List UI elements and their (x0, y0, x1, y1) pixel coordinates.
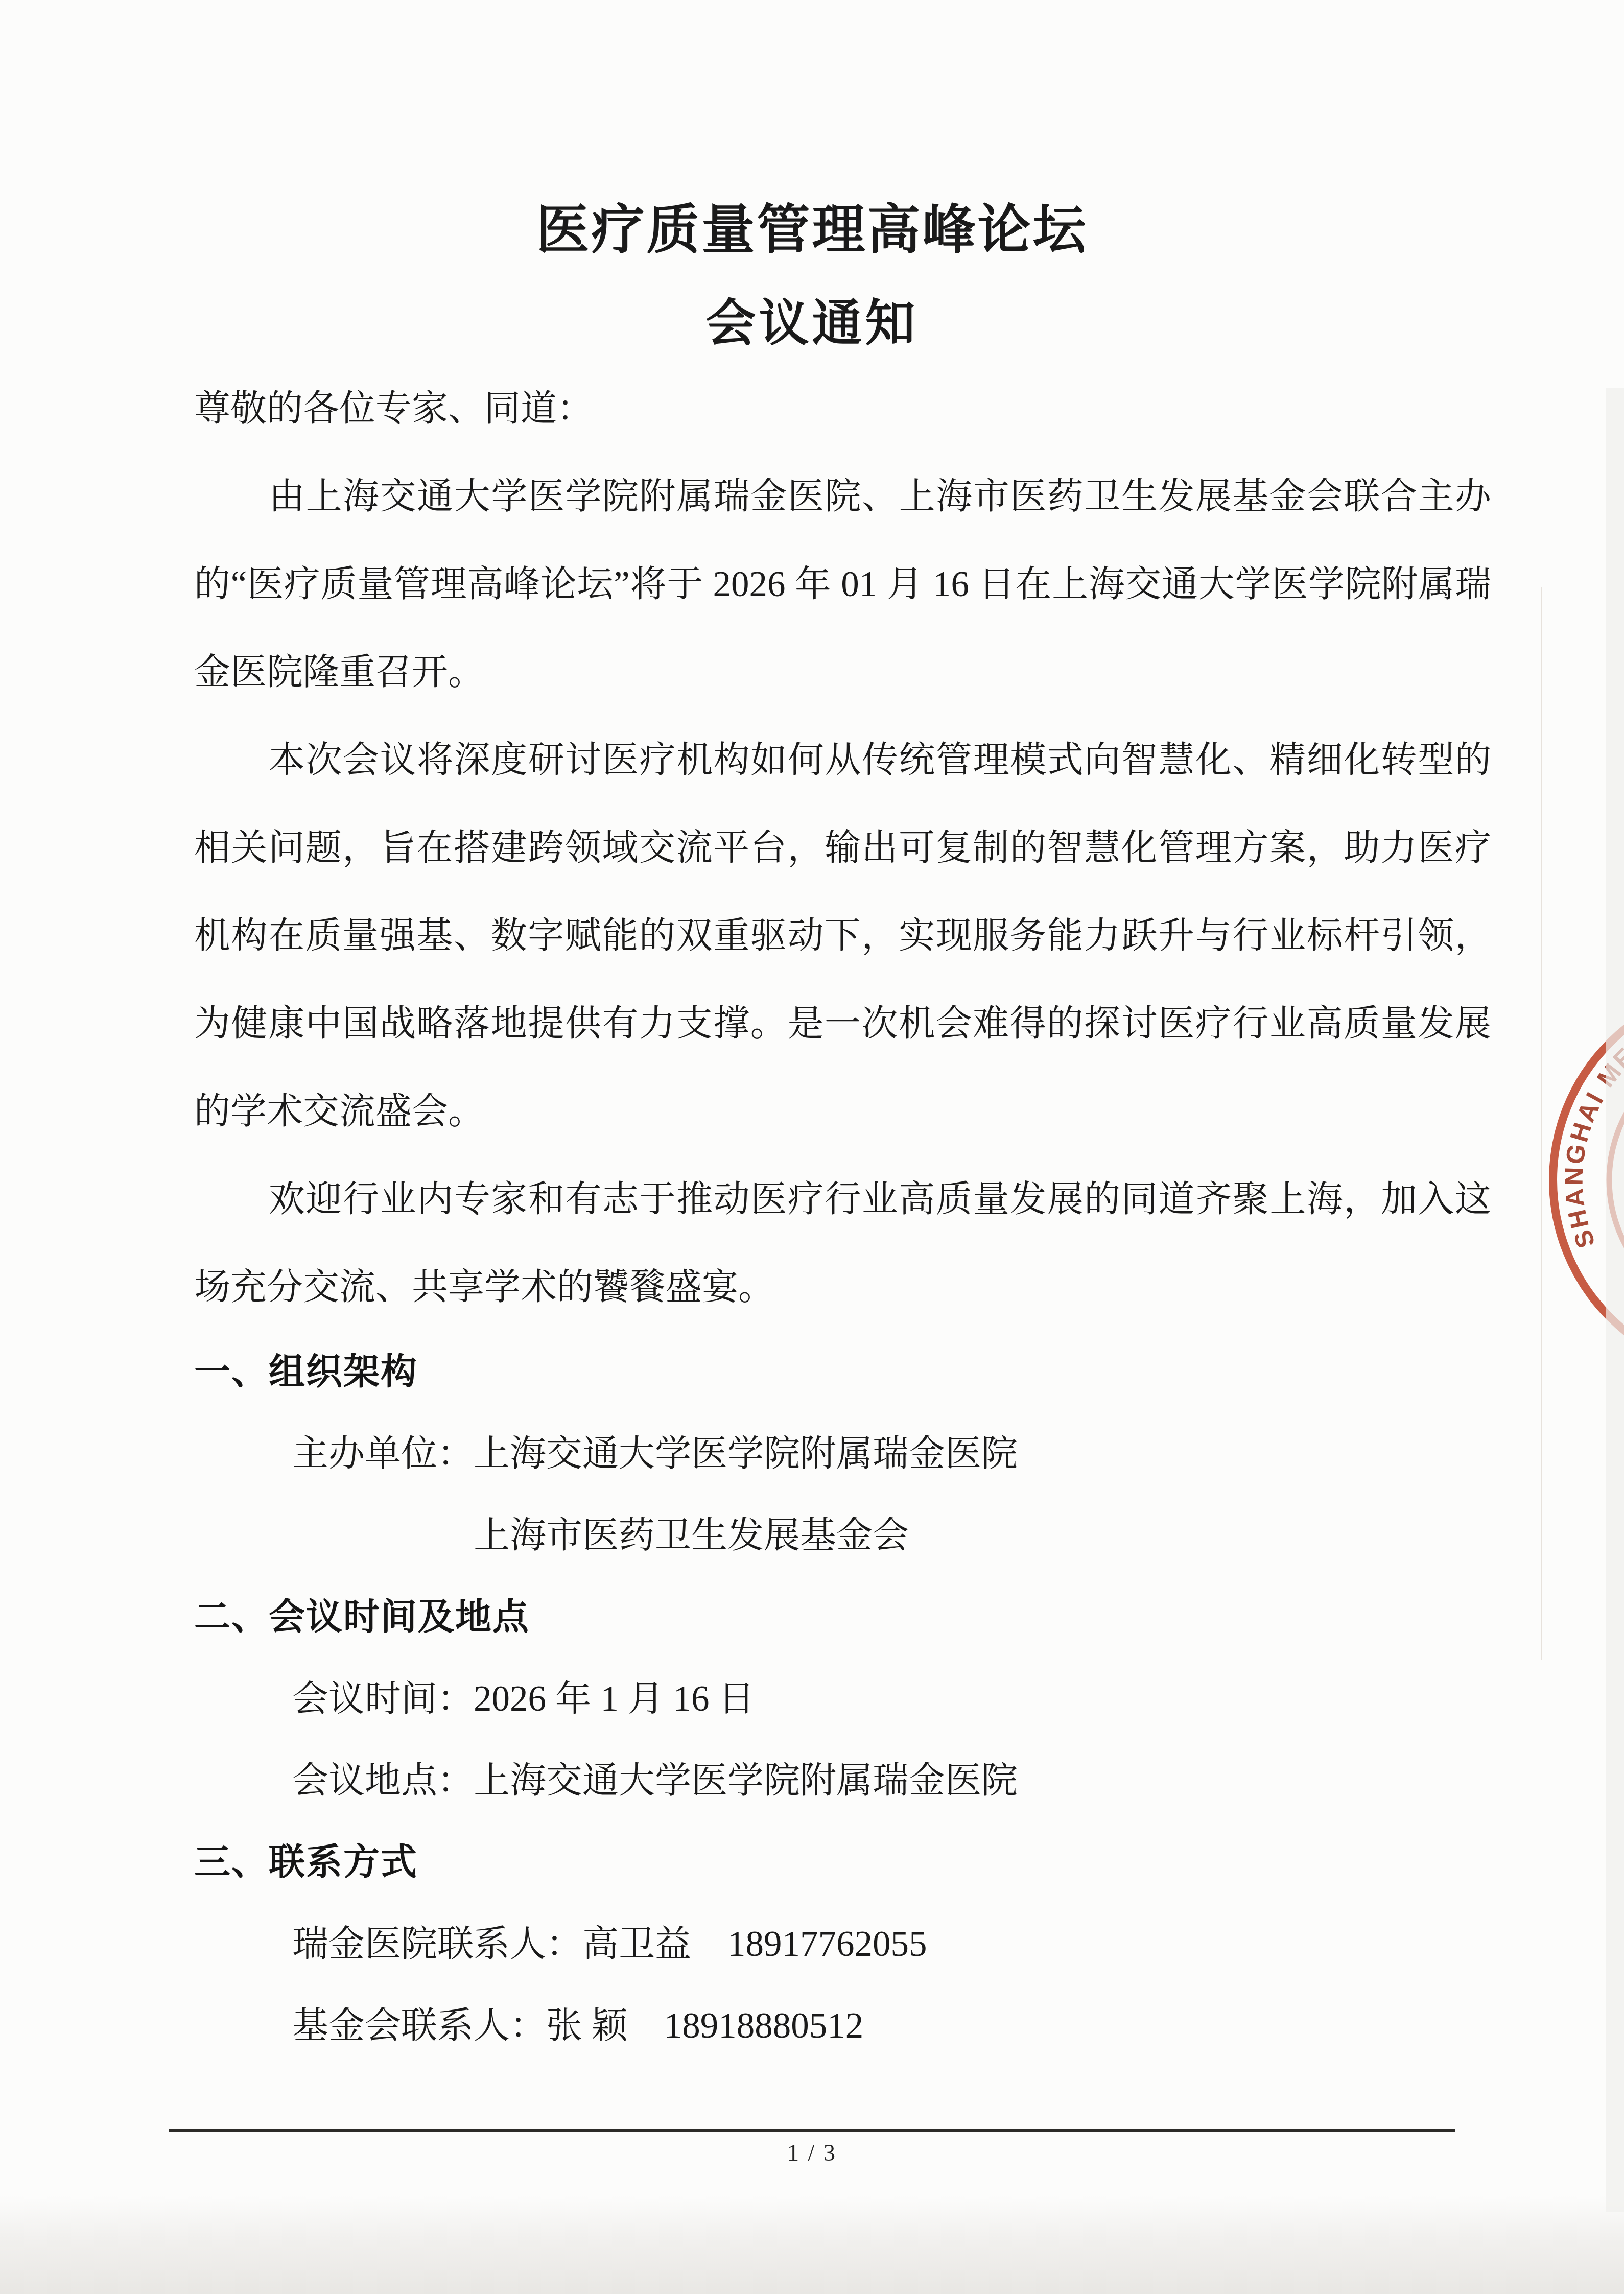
salutation: 尊敬的各位专家、同道： (194, 365, 1491, 453)
host-units-values: 上海交通大学医学院附属瑞金医院 上海市医药卫生发展基金会 (474, 1413, 1018, 1576)
page-title: 医疗质量管理高峰论坛 (194, 202, 1430, 260)
meeting-place: 会议地点：上海交通大学医学院附属瑞金医院 (292, 1740, 1491, 1822)
contact-foundation: 基金会联系人：张 颖 18918880512 (292, 1985, 1491, 2067)
section-1-heading: 一、组织架构 (194, 1331, 1491, 1413)
page-subtitle: 会议通知 (194, 296, 1430, 352)
contact-ruijin-hospital: 瑞金医院联系人：高卫益 18917762055 (292, 1903, 1491, 1985)
footer-divider-line (169, 2129, 1455, 2132)
section-2-heading: 二、会议时间及地点 (194, 1576, 1491, 1658)
host-units-label: 主办单位： (292, 1413, 474, 1576)
official-red-stamp: SHANGHAI MEDICAL (1420, 945, 1624, 1405)
paper-fold-line (1541, 587, 1542, 1660)
scan-bottom-shadow (0, 2196, 1624, 2294)
paragraph-topic: 本次会议将深度研讨医疗机构如何从传统管理模式向智慧化、精细化转型的相关问题，旨在… (194, 716, 1491, 1155)
document-body: 尊敬的各位专家、同道： 由上海交通大学医学院附属瑞金医院、上海市医药卫生发展基金… (194, 365, 1491, 2067)
document-page: 医疗质量管理高峰论坛 会议通知 尊敬的各位专家、同道： 由上海交通大学医学院附属… (0, 0, 1624, 2294)
paragraph-intro: 由上海交通大学医学院附属瑞金医院、上海市医药卫生发展基金会联合主办的“医疗质量管… (194, 453, 1491, 716)
host-unit-hospital: 上海交通大学医学院附属瑞金医院 (474, 1413, 1018, 1495)
sections-block: 一、组织架构 主办单位： 上海交通大学医学院附属瑞金医院 上海市医药卫生发展基金… (194, 1331, 1491, 2067)
paragraph-welcome: 欢迎行业内专家和有志于推动医疗行业高质量发展的同道齐聚上海，加入这场充分交流、共… (194, 1155, 1491, 1331)
document-content: 医疗质量管理高峰论坛 会议通知 尊敬的各位专家、同道： 由上海交通大学医学院附属… (0, 202, 1624, 2067)
host-unit-foundation: 上海市医药卫生发展基金会 (474, 1495, 1018, 1576)
page-number: 1 / 3 (0, 2139, 1624, 2166)
host-units-row: 主办单位： 上海交通大学医学院附属瑞金医院 上海市医药卫生发展基金会 (292, 1413, 1491, 1576)
meeting-time: 会议时间：2026 年 1 月 16 日 (292, 1658, 1491, 1740)
scan-right-edge (1606, 388, 1624, 2212)
section-3-heading: 三、联系方式 (194, 1822, 1491, 1903)
